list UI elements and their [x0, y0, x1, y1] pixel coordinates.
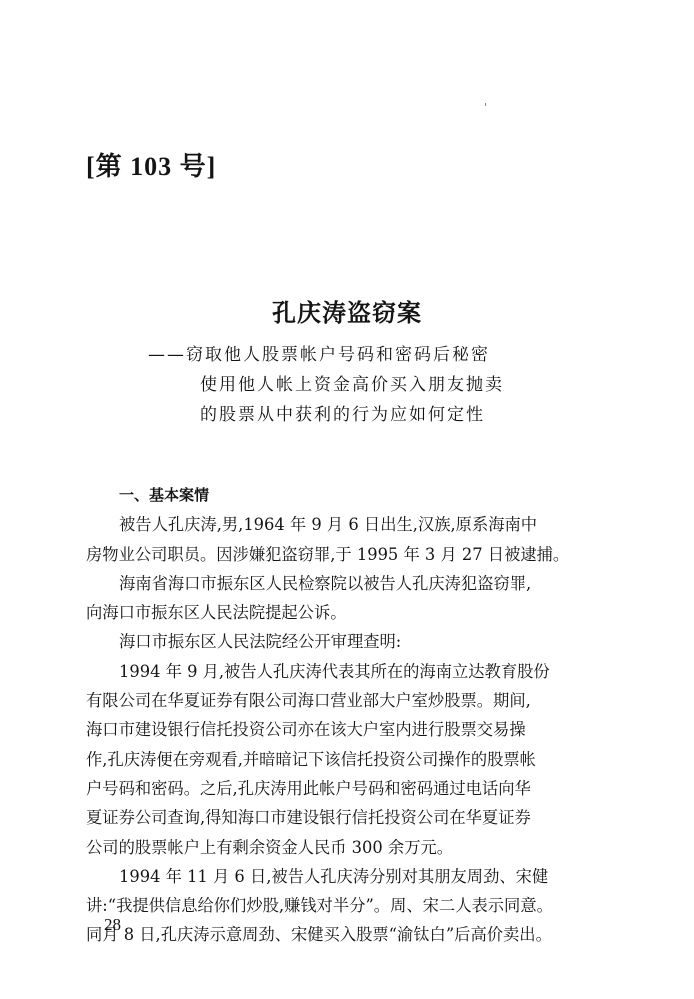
body-line: 有限公司在华夏证券有限公司海口营业部大户室炒股票。期间, [86, 686, 626, 715]
body-line: 夏证券公司查询,得知海口市建设银行信托投资公司在华夏证券 [86, 803, 626, 832]
scan-speck [485, 103, 486, 106]
body-line: 作,孔庆涛便在旁观看,并暗暗记下该信托投资公司操作的股票帐 [86, 745, 626, 774]
body-line: 户号码和密码。之后,孔庆涛用此帐户号码和密码通过电话向华 [86, 774, 626, 803]
body-line: 海口市振东区人民法院经公开审理查明: [86, 627, 626, 656]
case-body: 一、基本案情 被告人孔庆涛,男,1964 年 9 月 6 日出生,汉族,原系海南… [86, 481, 626, 950]
section-heading: 一、基本案情 [86, 481, 626, 510]
case-number: [第 103 号] [86, 146, 216, 183]
body-line: 讲:“我提供信息给你们炒股,赚钱对半分”。周、宋二人表示同意。 [86, 891, 626, 920]
body-line: 1994 年 11 月 6 日,被告人孔庆涛分别对其朋友周劲、宋健 [86, 862, 626, 891]
page-number: 28 [104, 915, 121, 935]
subtitle-line: 使用他人帐上资金高价买入朋友抛卖 [148, 370, 504, 400]
body-line: 同月 8 日,孔庆涛示意周劲、宋健买入股票“渝钛白”后高价卖出。 [86, 920, 626, 949]
case-title: 孔庆涛盗窃案 [0, 293, 694, 328]
body-line: 海口市建设银行信托投资公司亦在该大户室内进行股票交易操 [86, 715, 626, 744]
body-line: 1994 年 9 月,被告人孔庆涛代表其所在的海南立达教育股份 [86, 657, 626, 686]
body-line: 向海口市振东区人民法院提起公诉。 [86, 598, 626, 627]
body-line: 被告人孔庆涛,男,1964 年 9 月 6 日出生,汉族,原系海南中 [86, 510, 626, 539]
body-line: 海南省海口市振东区人民检察院以被告人孔庆涛犯盗窃罪, [86, 569, 626, 598]
body-line: 公司的股票帐户上有剩余资金人民币 300 余万元。 [86, 833, 626, 862]
case-subtitle: ——窃取他人股票帐户号码和密码后秘密 使用他人帐上资金高价买入朋友抛卖 的股票从… [148, 340, 504, 430]
subtitle-line: 的股票从中获利的行为应如何定性 [148, 400, 504, 430]
subtitle-line: ——窃取他人股票帐户号码和密码后秘密 [148, 340, 504, 370]
body-line: 房物业公司职员。因涉嫌犯盗窃罪,于 1995 年 3 月 27 日被逮捕。 [86, 540, 626, 569]
